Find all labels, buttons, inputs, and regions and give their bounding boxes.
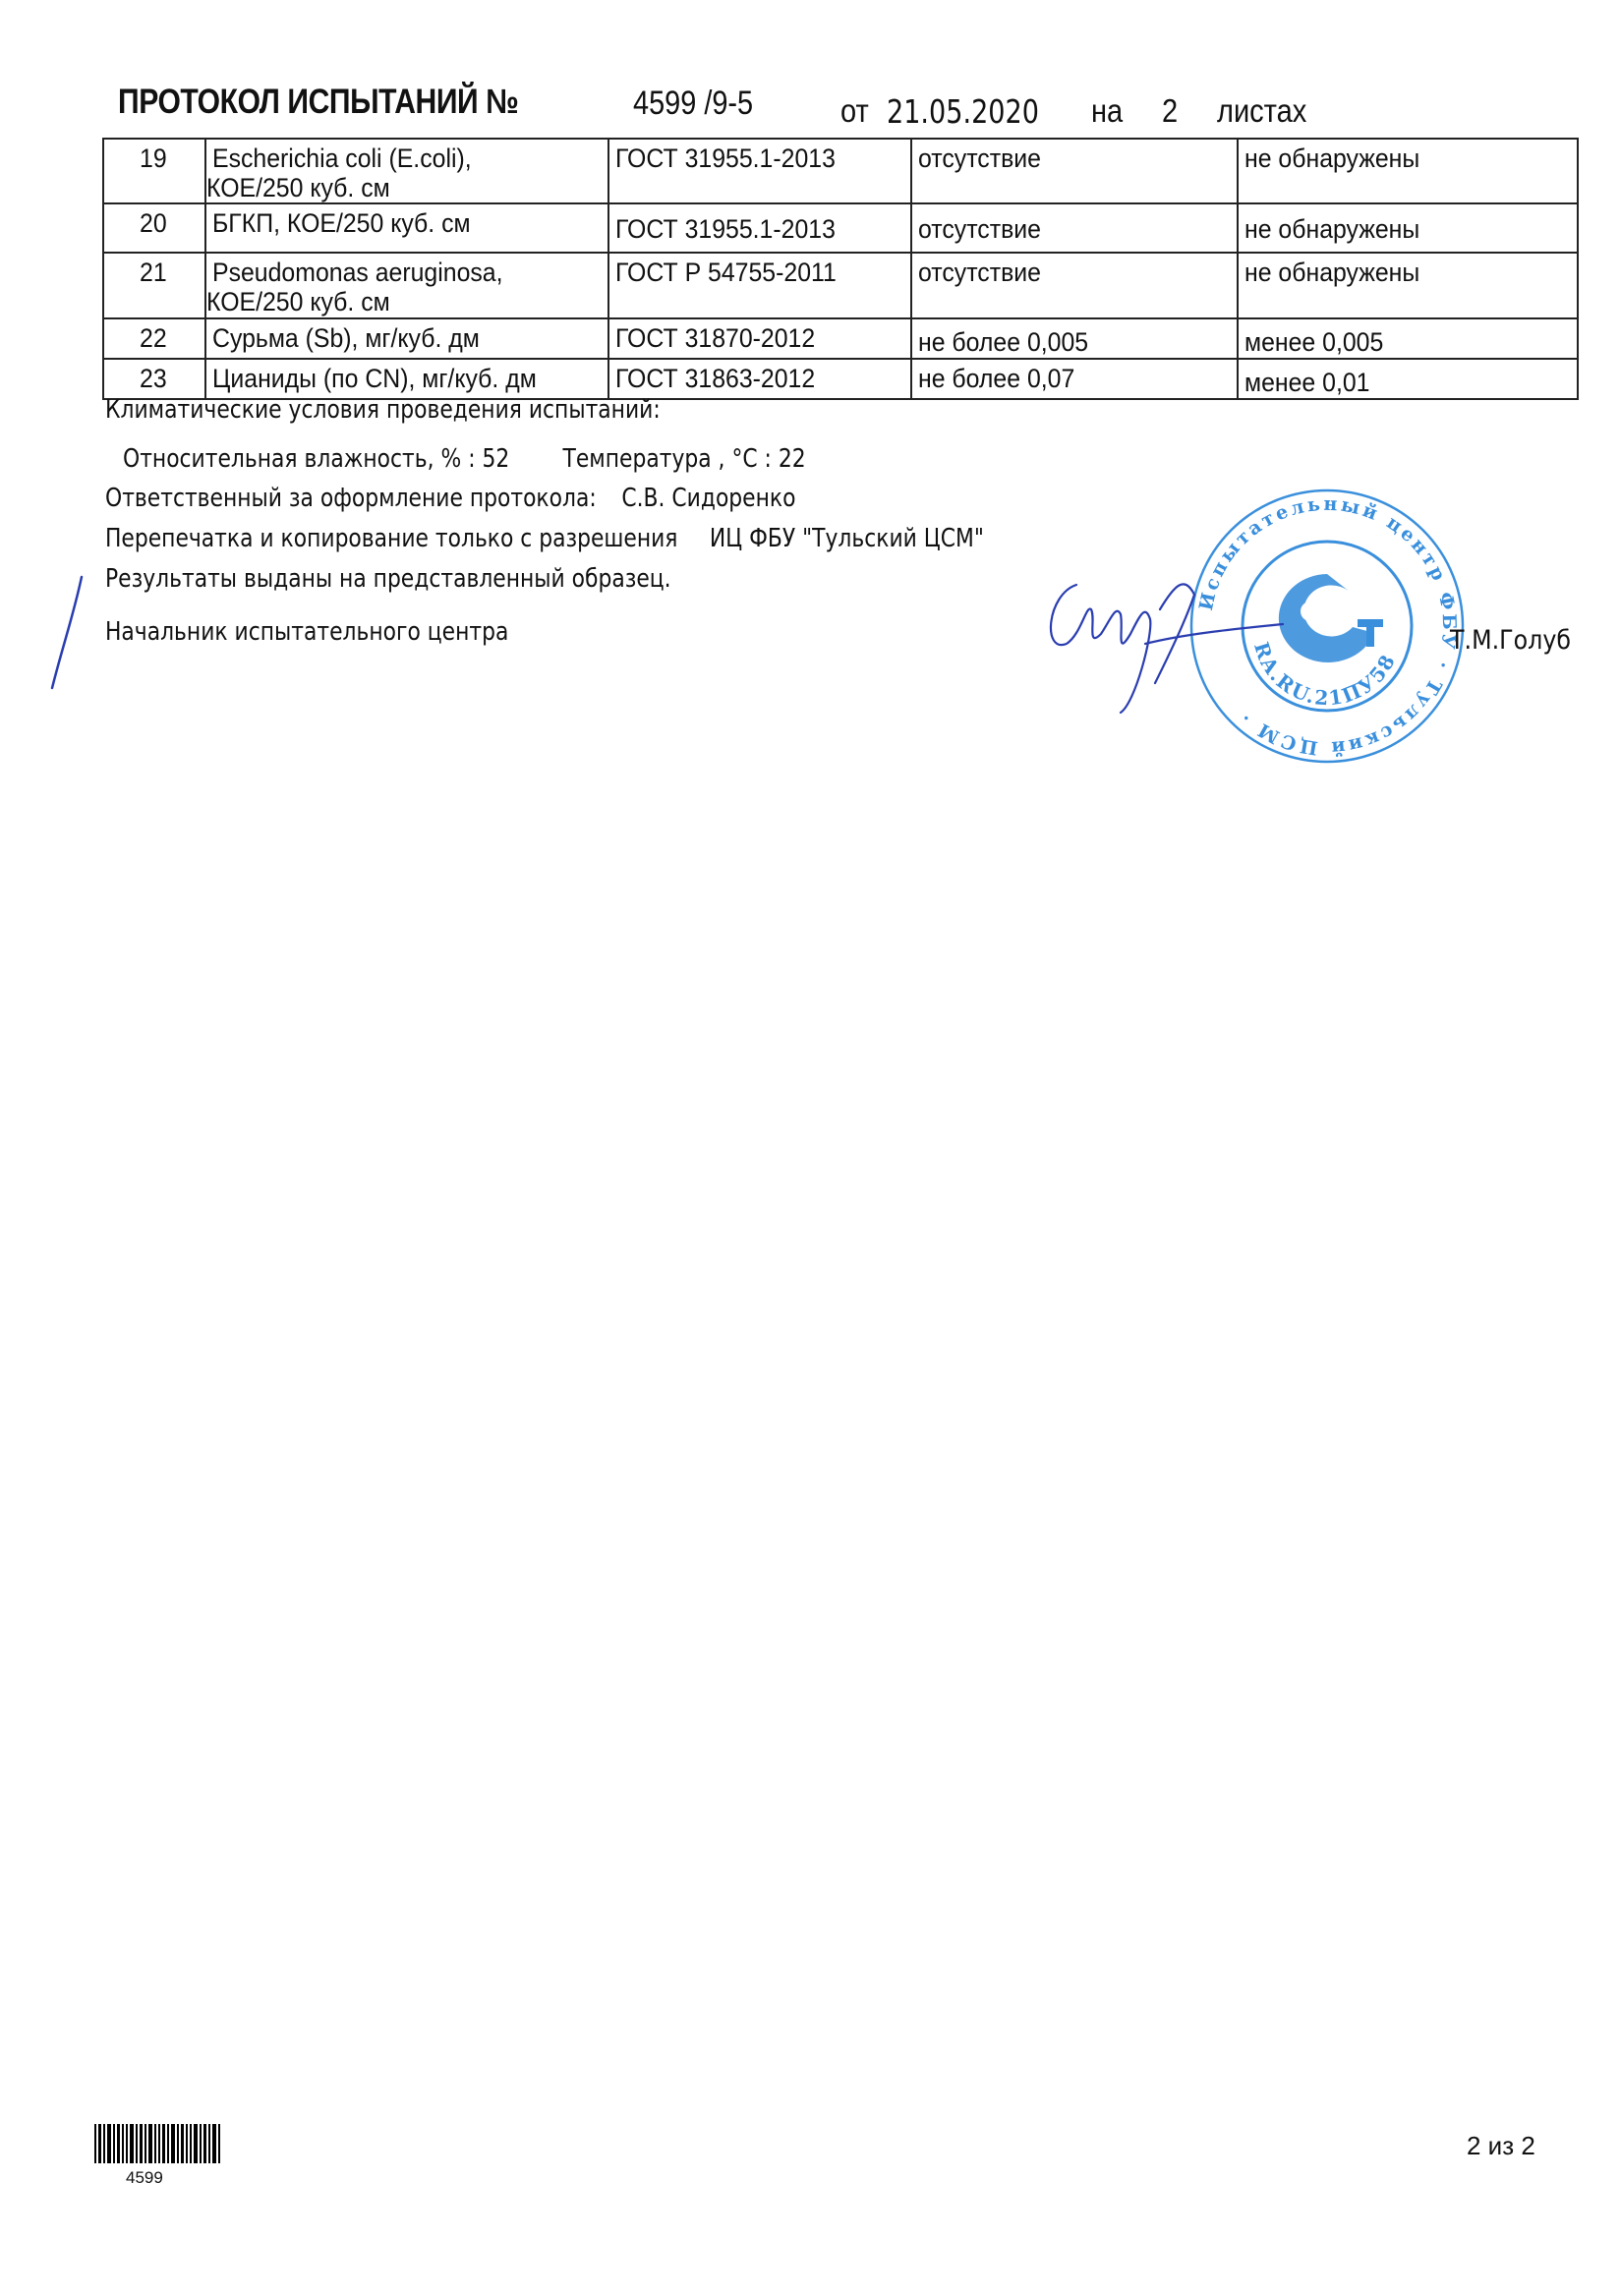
protocol-date: 21.05.2020 xyxy=(887,92,1039,131)
indicator-cell: Pseudomonas aeruginosa,КОЕ/250 куб. см xyxy=(205,253,608,318)
responsible-line: Ответственный за оформление протокола: С… xyxy=(105,484,795,513)
method-cell: ГОСТ 31870-2012 xyxy=(608,318,911,359)
sheets-count: 2 xyxy=(1162,92,1178,130)
norm-cell: отсутствие xyxy=(911,139,1238,203)
responsible-label: Ответственный за оформление протокола: xyxy=(105,484,597,513)
climate-conditions: Относительная влажность, % : 52 Температ… xyxy=(123,444,806,474)
barcode-icon xyxy=(94,2124,224,2163)
reprint-org: ИЦ ФБУ "Тульский ЦСМ" xyxy=(710,524,984,553)
page-indicator: 2 из 2 xyxy=(1467,2131,1535,2161)
date-prefix: от xyxy=(840,92,869,130)
barcode-number: 4599 xyxy=(126,2168,163,2188)
method-cell: ГОСТ 31863-2012 xyxy=(608,359,911,399)
table-row: 23 Цианиды (по CN), мг/куб. дм ГОСТ 3186… xyxy=(103,359,1578,399)
row-number-cell: 21 xyxy=(103,253,205,318)
pen-mark-icon xyxy=(44,575,93,693)
result-cell: не обнаружены xyxy=(1238,203,1578,253)
protocol-title: ПРОТОКОЛ ИСПЫТАНИЙ № xyxy=(118,83,518,122)
table-row: 19 Escherichia coli (E.coli),КОЕ/250 куб… xyxy=(103,139,1578,203)
norm-cell: отсутствие xyxy=(911,253,1238,318)
norm-cell: отсутствие xyxy=(911,203,1238,253)
norm-cell: не более 0,07 xyxy=(911,359,1238,399)
row-number-cell: 22 xyxy=(103,318,205,359)
temperature-value: 22 xyxy=(779,444,806,474)
reprint-line: Перепечатка и копирование только с разре… xyxy=(105,524,984,553)
humidity-label: Относительная влажность, % : xyxy=(123,444,476,474)
temperature-label: Температура , °C : xyxy=(563,444,772,474)
method-cell: ГОСТ 31955.1-2013 xyxy=(608,139,911,203)
result-cell: менее 0,01 xyxy=(1238,359,1578,399)
indicator-cell: БГКП, КОЕ/250 куб. см xyxy=(205,203,608,253)
sheets-prefix: на xyxy=(1091,92,1123,130)
results-table: 19 Escherichia coli (E.coli),КОЕ/250 куб… xyxy=(102,138,1579,400)
climate-heading: Климатические условия проведения испытан… xyxy=(105,395,661,425)
table-row: 21 Pseudomonas aeruginosa,КОЕ/250 куб. с… xyxy=(103,253,1578,318)
head-name: Т.М.Голуб xyxy=(1450,625,1571,656)
indicator-cell: Сурьма (Sb), мг/куб. дм xyxy=(205,318,608,359)
row-number-cell: 20 xyxy=(103,203,205,253)
norm-cell: не более 0,005 xyxy=(911,318,1238,359)
method-cell: ГОСТ 31955.1-2013 xyxy=(608,203,911,253)
responsible-name: С.В. Сидоренко xyxy=(621,484,795,513)
sheets-suffix: листах xyxy=(1217,92,1306,130)
protocol-number: 4599 /9-5 xyxy=(633,85,753,123)
result-cell: менее 0,005 xyxy=(1238,318,1578,359)
humidity-value: 52 xyxy=(483,444,510,474)
reprint-label: Перепечатка и копирование только с разре… xyxy=(105,524,677,553)
method-cell: ГОСТ Р 54755-2011 xyxy=(608,253,911,318)
row-number-cell: 19 xyxy=(103,139,205,203)
row-number-cell: 23 xyxy=(103,359,205,399)
table-row: 20 БГКП, КОЕ/250 куб. см ГОСТ 31955.1-20… xyxy=(103,203,1578,253)
indicator-cell: Цианиды (по CN), мг/куб. дм xyxy=(205,359,608,399)
results-note: Результаты выданы на представленный обра… xyxy=(105,564,671,594)
result-cell: не обнаружены xyxy=(1238,139,1578,203)
table-row: 22 Сурьма (Sb), мг/куб. дм ГОСТ 31870-20… xyxy=(103,318,1578,359)
signature-icon xyxy=(1037,565,1293,722)
indicator-cell: Escherichia coli (E.coli),КОЕ/250 куб. с… xyxy=(205,139,608,203)
result-cell: не обнаружены xyxy=(1238,253,1578,318)
head-label: Начальник испытательного центра xyxy=(105,617,508,647)
